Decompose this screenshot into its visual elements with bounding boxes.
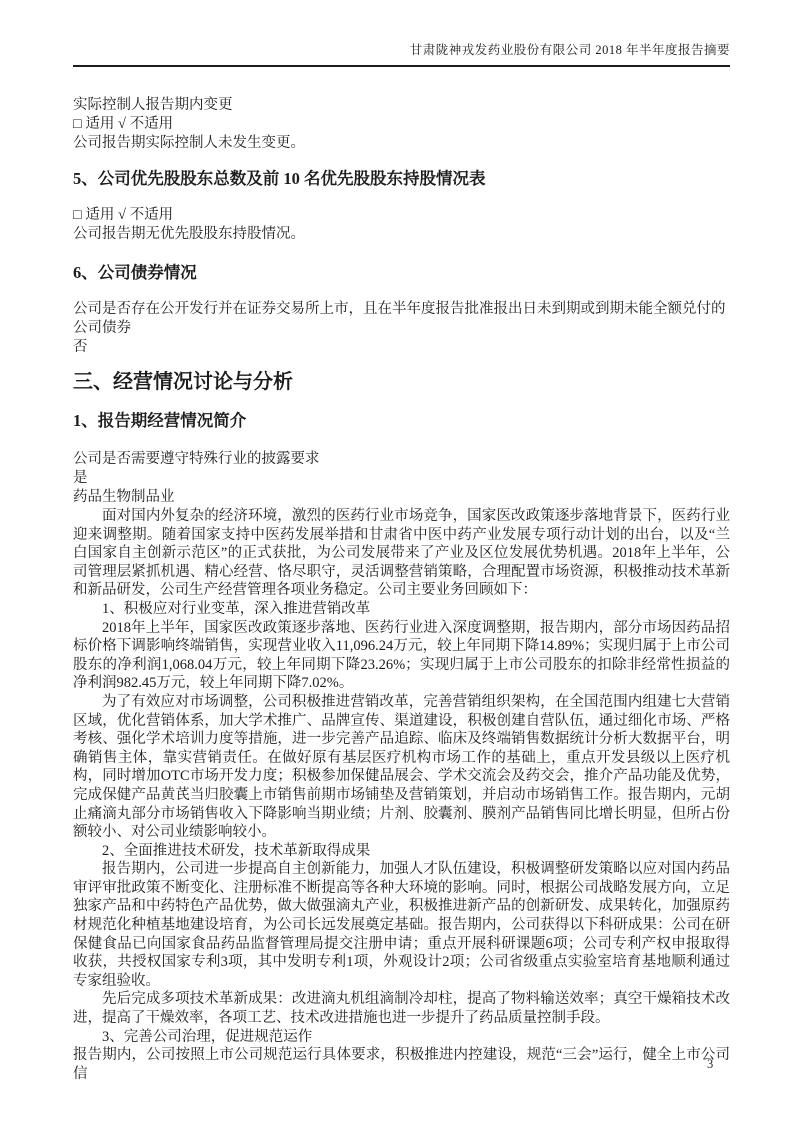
heading-preferred-shareholders: 5、公司优先股股东总数及前 10 名优先股股东持股情况表 <box>73 168 730 190</box>
heading-corporate-bonds: 6、公司债券情况 <box>73 262 730 284</box>
special-industry-question: 公司是否需要遵守特殊行业的披露要求 <box>73 450 730 469</box>
marketing-reform-paragraph: 为了有效应对市场调整，公司积极推进营销改革，完善营销组织架构，在全国范围内组建七… <box>73 693 730 842</box>
technical-innovation-paragraph: 先后完成多项技术革新成果：改进滴丸机组滴制冷却柱，提高了物料输送效率；真空干燥箱… <box>73 990 730 1027</box>
governance-paragraph: 报告期内，公司按照上市公司规范运行具体要求，积极推进内控建设，规范“三会”运行，… <box>73 1046 730 1083</box>
preferred-shareholders-note: 公司报告期无优先股股东持股情况。 <box>73 225 730 244</box>
heading-report-period-overview: 1、报告期经营情况简介 <box>73 410 730 432</box>
overview-paragraph: 面对国内外复杂的经济环境，激烈的医药行业市场竞争，国家医改政策逐步落地背景下，医… <box>73 507 730 600</box>
controller-change-title: 实际控制人报告期内变更 <box>73 96 730 115</box>
subitem-1-marketing-reform-title: 1、积极应对行业变革，深入推进营销改革 <box>73 600 730 619</box>
subitem-2-rd-title: 2、全面推进技术研发，技术革新取得成果 <box>73 842 730 861</box>
heading-operations-discussion: 三、经营情况讨论与分析 <box>73 369 730 395</box>
subitem-3-governance-title: 3、完善公司治理，促进规范运作 <box>73 1028 730 1047</box>
preferred-shareholders-applicability: □ 适用 √ 不适用 <box>73 206 730 225</box>
industry-category: 药品生物制品业 <box>73 488 730 507</box>
controller-change-applicability: □ 适用 √ 不适用 <box>73 115 730 134</box>
corporate-bonds-question: 公司是否存在公开发行并在证券交易所上市，且在半年度报告批准报出日未到期或到期未能… <box>73 300 730 338</box>
report-page: 甘肃陇神戎发药业股份有限公司 2018 年半年度报告摘要 实际控制人报告期内变更… <box>0 0 793 1122</box>
special-industry-answer: 是 <box>73 469 730 488</box>
rd-achievements-paragraph: 报告期内，公司进一步提高自主创新能力，加强人才队伍建设，积极调整研发策略以应对国… <box>73 860 730 990</box>
page-number: 3 <box>707 1056 713 1072</box>
corporate-bonds-answer: 否 <box>73 338 730 357</box>
financial-results-paragraph: 2018年上半年，国家医改政策逐步落地、医药行业进入深度调整期，报告期内，部分市… <box>73 619 730 693</box>
page-header-title: 甘肃陇神戎发药业股份有限公司 2018 年半年度报告摘要 <box>73 42 730 67</box>
controller-change-note: 公司报告期实际控制人未发生变更。 <box>73 134 730 153</box>
